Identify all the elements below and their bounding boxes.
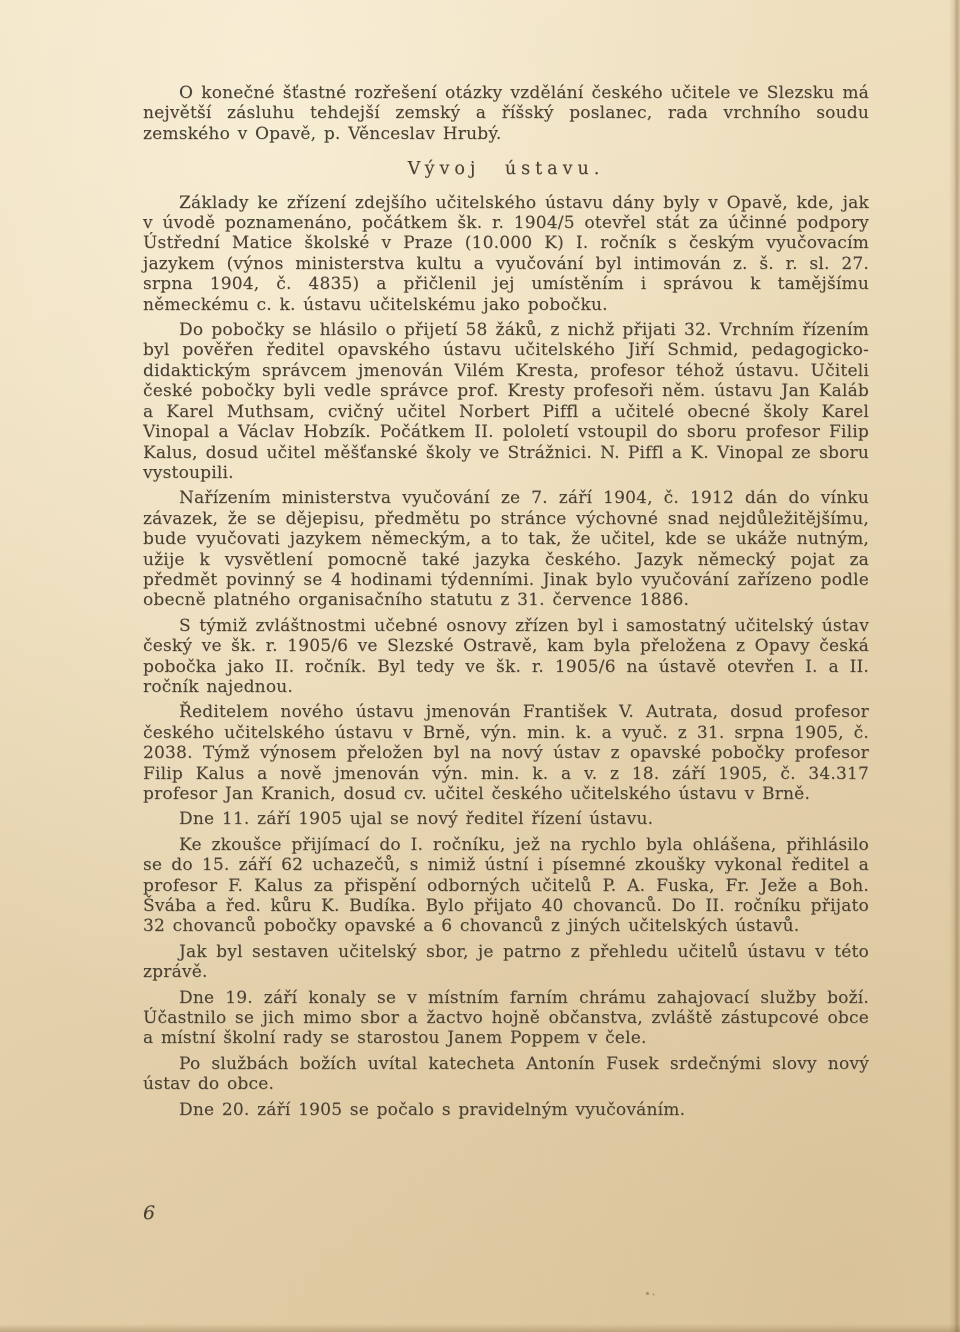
paragraph: Nařízením ministerstva vyučování ze 7. z… — [143, 488, 869, 610]
page-text: O konečné šťastné rozřešení otázky vzděl… — [143, 83, 869, 1125]
paragraph: Dne 20. září 1905 se počalo s pravidelný… — [143, 1100, 869, 1120]
paragraph: Do pobočky se hlásilo o přijetí 58 žáků,… — [143, 320, 869, 483]
section-heading: Vývoj ústavu. — [143, 159, 869, 179]
paragraph: Dne 19. září konaly se v místním farním … — [143, 988, 869, 1049]
book-page: O konečné šťastné rozřešení otázky vzděl… — [0, 0, 960, 1332]
page-number: 6 — [143, 1202, 156, 1224]
paragraph: Ředitelem nového ústavu jmenován Františ… — [143, 702, 869, 804]
page-edge-bottom-shadow — [0, 1324, 960, 1332]
paragraph: Po službách božích uvítal katecheta Anto… — [143, 1054, 869, 1095]
paragraph: Základy ke zřízení zdejšího učitelského … — [143, 193, 869, 315]
page-edge-right-shadow — [949, 0, 960, 1332]
scan-speck — [646, 1292, 649, 1295]
paragraph: S týmiž zvláštnostmi učebné osnovy zříze… — [143, 616, 869, 698]
intro-paragraph: O konečné šťastné rozřešení otázky vzděl… — [143, 83, 869, 144]
paragraph: Jak byl sestaven učitelský sbor, je patr… — [143, 942, 869, 983]
paragraph: Ke zkoušce přijímací do I. ročníku, jež … — [143, 835, 869, 937]
paragraph: Dne 11. září 1905 ujal se nový ředitel ř… — [143, 809, 869, 829]
